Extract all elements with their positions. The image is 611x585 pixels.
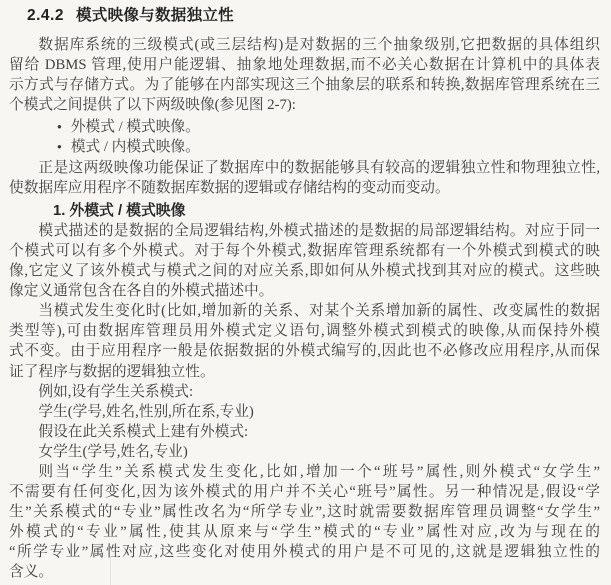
- paragraph-line: 个模式之间提供了以下两级映像(参见图 2-7):: [9, 95, 600, 115]
- paragraph-line: 数据库系统的三级模式(或三层结构)是对数据的三个抽象级别,它把数据的具体组织: [9, 35, 600, 55]
- bullet-list: ●外模式 / 模式映像。 ●模式 / 内模式映像。: [9, 117, 603, 157]
- paragraph-line: 个模式可以有多个外模式。对于每个外模式,数据库管理系统都有一个外模式到模式的映: [9, 241, 600, 261]
- list-item-label: 模式 / 内模式映像。: [71, 139, 200, 155]
- paragraph-intro: 数据库系统的三级模式(或三层结构)是对数据的三个抽象级别,它把数据的具体组织 留…: [9, 35, 603, 115]
- example-line: 假设在此关系模式上建有外模式:: [9, 422, 600, 442]
- paragraph-line: 证了程序与数据的逻辑独立性。: [9, 362, 600, 382]
- paragraph-line: 像定义通常包含在各自的外模式描述中。: [9, 281, 600, 301]
- paragraph-line: 含义。: [9, 562, 600, 582]
- bullet-icon: ●: [57, 137, 62, 157]
- list-item: ●模式 / 内模式映像。: [9, 137, 600, 157]
- list-item: ●外模式 / 模式映像。: [9, 117, 600, 137]
- paragraph-line: 模式描述的是数据的全局逻辑结构,外模式描述的是数据的局部逻辑结构。对应于同一: [9, 221, 600, 241]
- example-line: 例如,设有学生关系模式:: [9, 382, 600, 402]
- paragraph-line: 留给 DBMS 管理,使用户能逻辑、抽象地处理数据,而不必关心数据在计算机中的具…: [9, 55, 600, 75]
- paragraph-line: 当模式发生变化时(比如,增加新的关系、对某个关系增加新的属性、改变属性的数据: [9, 301, 600, 321]
- paragraph-line: 不需要有任何变化,因为该外模式的用户并不关心“班号”属性。另一种情况是,假设“学: [9, 482, 600, 502]
- scan-artifact-line: [110, 557, 111, 585]
- paragraph-schema-change: 当模式发生变化时(比如,增加新的关系、对某个关系增加新的属性、改变属性的数据 类…: [9, 301, 603, 381]
- paragraph-line: 生”关系模式的“专业”属性改名为“所学专业”,这时就需要数据库管理员调整“女学生…: [9, 502, 600, 522]
- example-line: 学生(学号,姓名,性别,所在系,专业): [9, 402, 600, 422]
- paragraph-line: 外模式的“专业”属性,使其从原来与“学生”模式的“专业”属性对应,改为与现在的: [9, 522, 600, 542]
- paragraph-line: “所学专业”属性对应,这些变化对使用外模式的用户是不可见的,这就是逻辑独立性的: [9, 542, 600, 562]
- paragraph-line: 示方式与存储方式。为了能够在内部实现这三个抽象层的联系和转换,数据库管理系统在三: [9, 75, 600, 95]
- paragraph-line: 像,它定义了该外模式与模式之间的对应关系,即如何从外模式找到其对应的模式。这些映: [9, 261, 600, 281]
- paragraph-line: 则当“学生”关系模式发生变化,比如,增加一个“班号”属性,则外模式“女学生”: [9, 462, 600, 482]
- subsection-heading: 1. 外模式 / 模式映像: [53, 201, 603, 221]
- paragraph-external-schema: 模式描述的是数据的全局逻辑结构,外模式描述的是数据的局部逻辑结构。对应于同一 个…: [9, 221, 603, 301]
- section-number: 2.4.2: [27, 7, 64, 24]
- paragraph-line: 正是这两级映像功能保证了数据库中的数据能够具有较高的逻辑独立性和物理独立性,: [9, 158, 600, 178]
- paragraph-line: 使数据库应用程序不随数据库数据的逻辑或存储结构的变动而变动。: [9, 178, 600, 198]
- example-line: 女学生(学号,姓名,专业): [9, 442, 600, 462]
- bullet-icon: ●: [57, 117, 62, 137]
- paragraph-logical-independence: 则当“学生”关系模式发生变化,比如,增加一个“班号”属性,则外模式“女学生” 不…: [9, 462, 603, 583]
- list-item-label: 外模式 / 模式映像。: [71, 119, 200, 135]
- example-block: 例如,设有学生关系模式: 学生(学号,姓名,性别,所在系,专业) 假设在此关系模…: [9, 382, 603, 462]
- scanned-textbook-page: 2.4.2模式映像与数据独立性 数据库系统的三级模式(或三层结构)是对数据的三个…: [0, 0, 611, 585]
- paragraph-line: 类型等),可由数据库管理员用外模式定义语句,调整外模式到模式的映像,从而保持外模: [9, 321, 600, 341]
- section-title: 模式映像与数据独立性: [76, 7, 234, 24]
- paragraph-line: 式不变。由于应用程序一般是依据数据的外模式编写的,因此也不必修改应用程序,从而保: [9, 341, 600, 361]
- section-heading: 2.4.2模式映像与数据独立性: [27, 6, 603, 26]
- paragraph-mapping-benefit: 正是这两级映像功能保证了数据库中的数据能够具有较高的逻辑独立性和物理独立性, 使…: [9, 158, 603, 198]
